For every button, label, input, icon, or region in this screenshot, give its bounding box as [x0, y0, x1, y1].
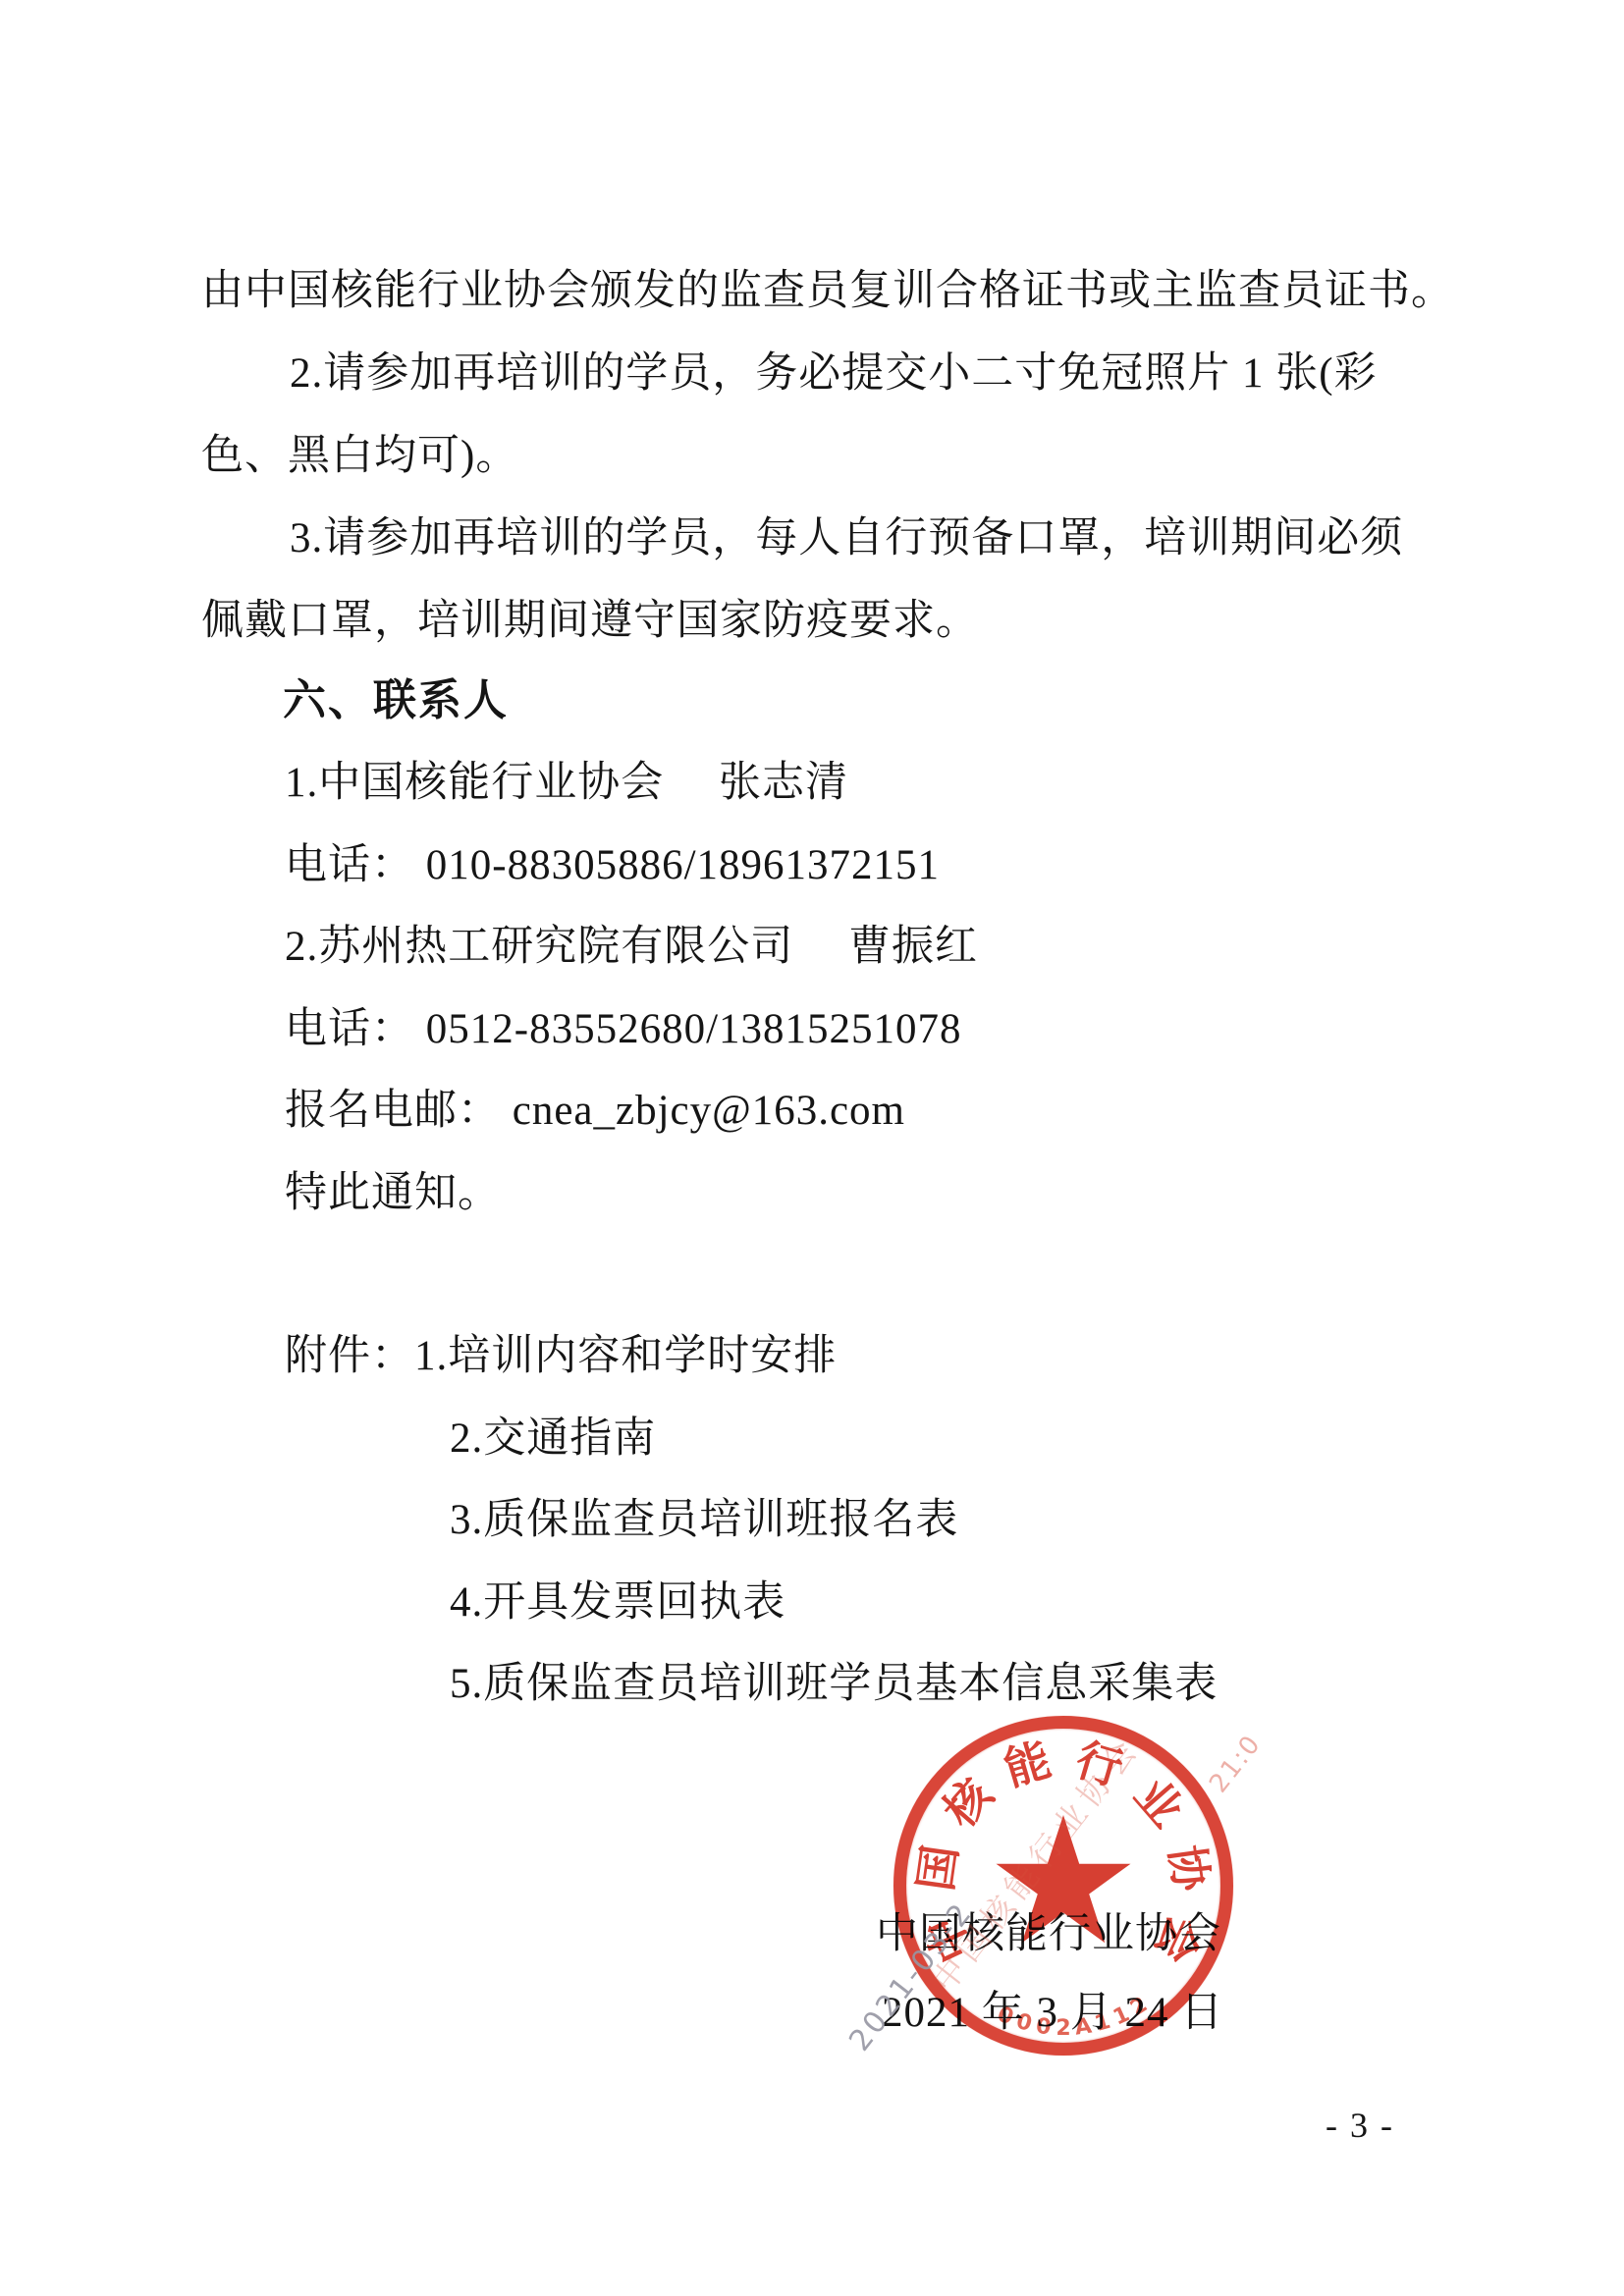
attachments-row: 附件：1.培训内容和学时安排 [285, 1334, 837, 1379]
contact-phone-line: 电话： 010-88305886/18961372151 [285, 843, 940, 888]
contact-line: 2.苏州热工研究院有限公司 曹振红 [285, 925, 978, 970]
attachment-item: 2.交通指南 [450, 1416, 656, 1462]
seal-ring-char: 国 [909, 1839, 969, 1898]
contact-phone-line: 电话： 0512-83552680/13815251078 [285, 1007, 962, 1052]
seal-ghost-org-watermark: 中国核能行业协会 [919, 1725, 1149, 2001]
contact-line: 1.中国核能行业协会 张志清 [285, 761, 848, 806]
seal-ring-char: 核 [931, 1766, 1005, 1841]
body-line: 3.请参加再培训的学员，每人自行预备口罩，培训期间必须 [290, 516, 1403, 561]
contact-email-line: 报名电邮： cnea_zbjcy@163.com [285, 1089, 905, 1134]
seal-ring-char: 协 [1158, 1839, 1218, 1898]
attachment-item: 4.开具发票回执表 [450, 1580, 785, 1626]
page-number: - 3 - [1326, 2107, 1394, 2145]
body-line: 2.请参加再培训的学员，务必提交小二寸免冠照片 1 张(彩 [290, 351, 1378, 397]
signature-date: 2021 年 3 月 24 日 [882, 1991, 1223, 2036]
attachment-item: 1.培训内容和学时安排 [414, 1333, 837, 1379]
seal-timestamp-time-watermark: 21:0 [1204, 1729, 1268, 1798]
document-page: 由中国核能行业协会颁发的监查员复训合格证书或主监查员证书。 2.请参加再培训的学… [0, 0, 1624, 2296]
attachment-item: 3.质保监查员培训班报名表 [450, 1498, 958, 1543]
body-line: 色、黑白均可)。 [201, 434, 518, 479]
attachments-label: 附件： [285, 1333, 414, 1379]
body-line: 由中国核能行业协会颁发的监查员复训合格证书或主监查员证书。 [201, 269, 1454, 314]
seal-ring-char: 能 [995, 1733, 1060, 1798]
body-line: 佩戴口罩，培训期间遵守国家防疫要求。 [201, 599, 979, 644]
attachment-item: 5.质保监查员培训班学员基本信息采集表 [450, 1662, 1218, 1707]
notice-closing-line: 特此通知。 [285, 1171, 501, 1216]
seal-ring-char: 业 [1121, 1766, 1196, 1841]
section-heading: 六、联系人 [283, 677, 509, 724]
